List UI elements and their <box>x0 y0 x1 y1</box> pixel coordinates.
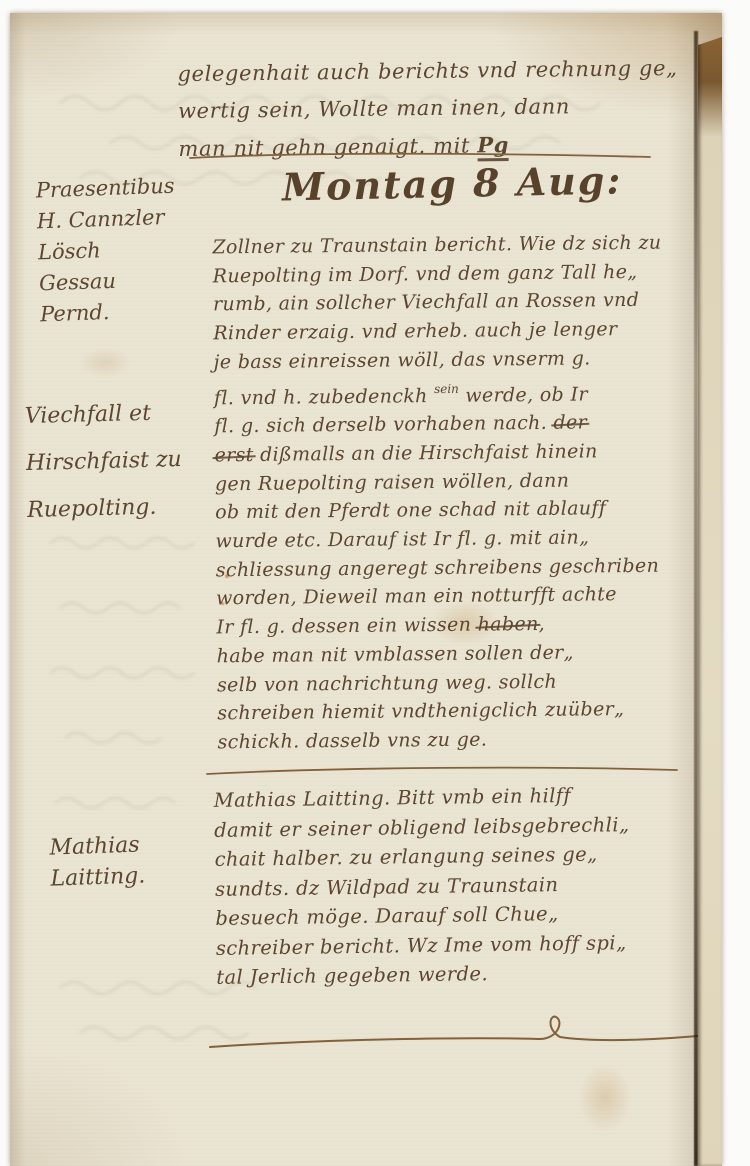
manuscript-line: gen Ruepolting raisen wöllen, dann <box>215 465 664 498</box>
manuscript-line: Viechfall et <box>24 389 181 440</box>
entry-zollner-traunstain: Zollner zu Traunstain bericht. Wie dz si… <box>212 229 666 757</box>
manuscript-line: worden, Dieweil man ein notturfft achte <box>216 580 665 613</box>
manuscript-line: Zollner zu Traunstain bericht. Wie dz si… <box>212 229 661 262</box>
manuscript-line: Pernd. <box>40 295 180 331</box>
manuscript-line: Gessau <box>39 264 179 300</box>
manuscript-photo: gelegenhait auch berichts vnd rechnung g… <box>0 0 750 1166</box>
margin-note-mathias: MathiasLaitting. <box>49 829 146 894</box>
manuscript-line: tal Jerlich gegeben werde. <box>216 957 632 992</box>
manuscript-line: Mathias <box>49 829 145 863</box>
binding-gutter-seam <box>694 31 698 1166</box>
manuscript-line: Laitting. <box>50 860 146 894</box>
paraph-mark: Pg <box>477 132 509 161</box>
manuscript-line: ob mit den Pferdt one schad nit ablauff <box>215 494 664 527</box>
manuscript-line: Ruepolting im Dorf. vnd dem ganz Tall he… <box>213 257 662 290</box>
manuscript-line: Praesentibus <box>35 171 175 207</box>
bleed-through-text <box>40 513 210 833</box>
manuscript-line: schreiber bericht. Wz Ime vom hoff spi„ <box>216 928 632 963</box>
paper-stain <box>570 1053 640 1143</box>
divider-rule <box>205 763 680 779</box>
paper-stain <box>70 343 140 383</box>
struck-word: erst <box>214 444 253 466</box>
closing-flourish-rule <box>208 1011 713 1057</box>
manuscript-line: schickh. dasselb vns zu ge. <box>217 724 666 757</box>
manuscript-line: wurde etc. Darauf ist Ir fl. g. mit ain„ <box>215 523 664 556</box>
manuscript-line: H. Cannzler <box>36 202 176 238</box>
manuscript-line: wertig sein, Wollte man inen, dann <box>178 87 678 130</box>
manuscript-line: chait halber. zu erlangung seines ge„ <box>214 839 630 874</box>
manuscript-line: Ir fl. g. dessen ein wissen haben, <box>216 609 665 642</box>
manuscript-line: Ruepolting. <box>27 483 184 534</box>
manuscript-line: Hirschfaist zu <box>25 436 182 487</box>
next-page-edge <box>698 37 722 1166</box>
manuscript-line: je bass einreissen wöll, das vnserm g. <box>213 343 662 376</box>
margin-note-praesentibus: PraesentibusH. CannzlerLöschGessauPernd. <box>35 171 179 331</box>
struck-word: haben <box>478 613 539 636</box>
manuscript-page: gelegenhait auch berichts vnd rechnung g… <box>10 13 722 1166</box>
manuscript-line: habe man nit vmblassen sollen der„ <box>217 637 666 670</box>
manuscript-line: rumb, ain sollcher Viechfall an Rossen v… <box>213 286 662 319</box>
struck-word: der <box>553 412 587 434</box>
entry-mathias-laitting: Mathias Laitting. Bitt vmb ein hilffdami… <box>214 780 632 992</box>
manuscript-line: fl. g. sich derselb vorhaben nach. der <box>214 408 663 441</box>
manuscript-line: Rinder erzaig. vnd erheb. auch je lenger <box>213 315 662 348</box>
date-heading: Montag 8 Aug: <box>282 157 623 209</box>
manuscript-line: erst dißmalls an die Hirschfaist hinein <box>214 437 663 470</box>
top-continuation-paragraph: gelegenhait auch berichts vnd rechnung g… <box>177 50 678 168</box>
manuscript-line: gelegenhait auch berichts vnd rechnung g… <box>177 50 677 93</box>
margin-note-viechfall: Viechfall etHirschfaist zuRuepolting. <box>24 389 183 534</box>
manuscript-line: schliessung angeregt schreibens geschrib… <box>216 551 665 584</box>
manuscript-line: Lösch <box>38 233 178 269</box>
manuscript-line: selb von nachrichtung weg. sollch <box>217 666 666 699</box>
manuscript-line: fl. vnd h. zubedenckh sein werde, ob Ir <box>214 372 663 412</box>
inserted-word: sein <box>434 381 459 395</box>
manuscript-line: schreiben hiemit vndthenigclich zuüber„ <box>217 695 666 728</box>
